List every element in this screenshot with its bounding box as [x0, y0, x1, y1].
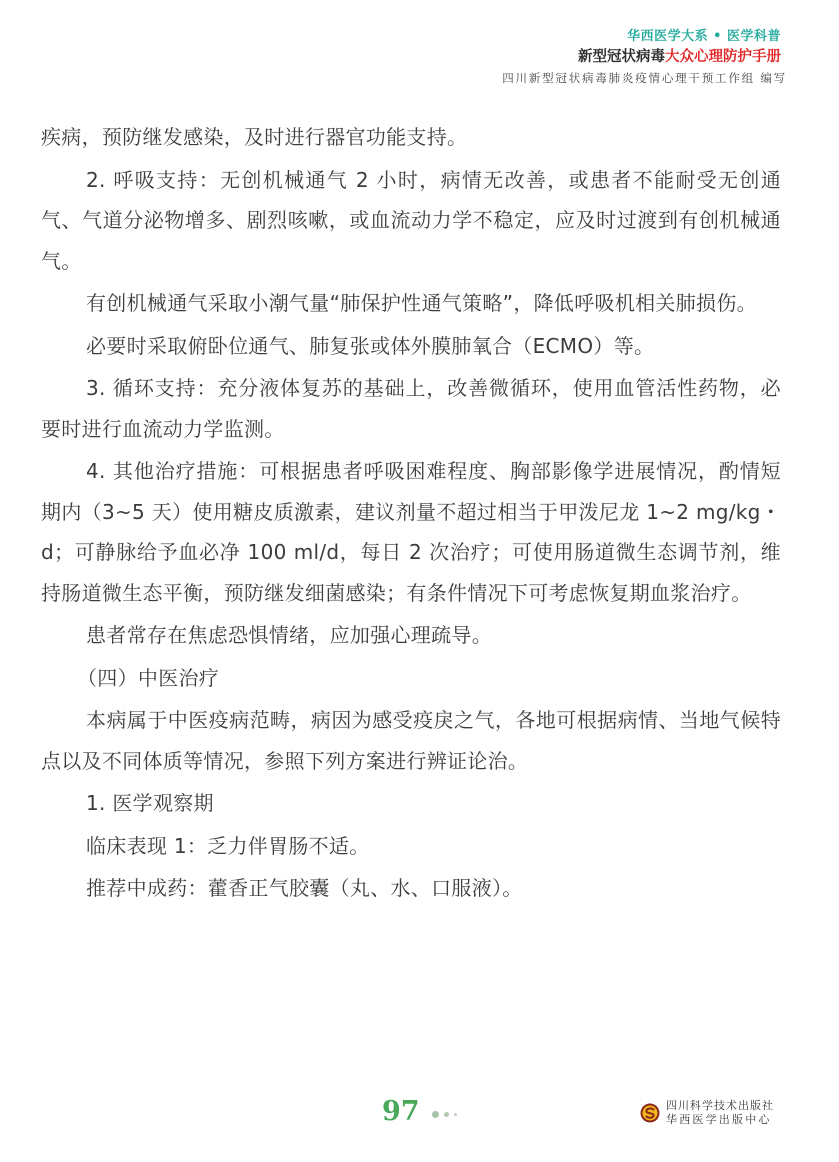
- paragraph-continuation: 疾病，预防继发感染，及时进行器官功能支持。: [41, 117, 781, 158]
- dot-icon: [432, 1111, 439, 1118]
- publisher-block: 四川科学技术出版社 华西医学出版中心: [640, 1099, 774, 1127]
- paragraph-other-treatments: 4. 其他治疗措施：可根据患者呼吸困难程度、胸部影像学进展情况，酌情短期内（3~…: [41, 451, 781, 613]
- series-title: 华西医学大系 • 医学科普: [502, 28, 781, 46]
- editor-credit: 四川新型冠状病毒肺炎疫情心理干预工作组 编写: [502, 69, 787, 87]
- book-title-part2: 大众心理防护手册: [665, 49, 781, 65]
- paragraph-respiratory-support: 2. 呼吸支持：无创机械通气 2 小时，病情无改善，或患者不能耐受无创通气、气道…: [41, 160, 781, 282]
- section-heading-tcm: （四）中医治疗: [41, 658, 781, 699]
- paragraph-ecmo: 必要时采取俯卧位通气、肺复张或体外膜肺氧合（ECMO）等。: [41, 326, 781, 367]
- publisher-logo-icon: [640, 1103, 660, 1123]
- paragraph-tcm-intro: 本病属于中医疫病范畴，病因为感受疫戾之气，各地可根据病情、当地气候特点以及不同体…: [41, 700, 781, 781]
- paragraph-clinical-manifestation: 临床表现 1：乏力伴胃肠不适。: [41, 826, 781, 867]
- dot-icon: [444, 1112, 449, 1117]
- paragraph-circulatory-support: 3. 循环支持：充分液体复苏的基础上，改善微循环，使用血管活性药物，必要时进行血…: [41, 368, 781, 449]
- dot-icon: [454, 1113, 457, 1116]
- body-text: 疾病，预防继发感染，及时进行器官功能支持。 2. 呼吸支持：无创机械通气 2 小…: [41, 117, 781, 911]
- book-title-part1: 新型冠状病毒: [578, 49, 665, 65]
- paragraph-recommended-medicine: 推荐中成药：藿香正气胶囊（丸、水、口服液）。: [41, 868, 781, 909]
- decorative-dots: [432, 1111, 457, 1118]
- book-title: 新型冠状病毒大众心理防护手册: [502, 47, 781, 67]
- publisher-names: 四川科学技术出版社 华西医学出版中心: [666, 1099, 774, 1127]
- publisher-name-2: 华西医学出版中心: [666, 1113, 774, 1127]
- page-number: 97: [382, 1096, 420, 1127]
- publisher-name-1: 四川科学技术出版社: [666, 1099, 774, 1113]
- paragraph-invasive-ventilation: 有创机械通气采取小潮气量“肺保护性通气策略”，降低呼吸机相关肺损伤。: [41, 283, 781, 324]
- subheading-observation-period: 1. 医学观察期: [41, 783, 781, 824]
- paragraph-psychological: 患者常存在焦虑恐惧情绪，应加强心理疏导。: [41, 615, 781, 656]
- page-header: 华西医学大系 • 医学科普 新型冠状病毒大众心理防护手册 四川新型冠状病毒肺炎疫…: [502, 28, 781, 87]
